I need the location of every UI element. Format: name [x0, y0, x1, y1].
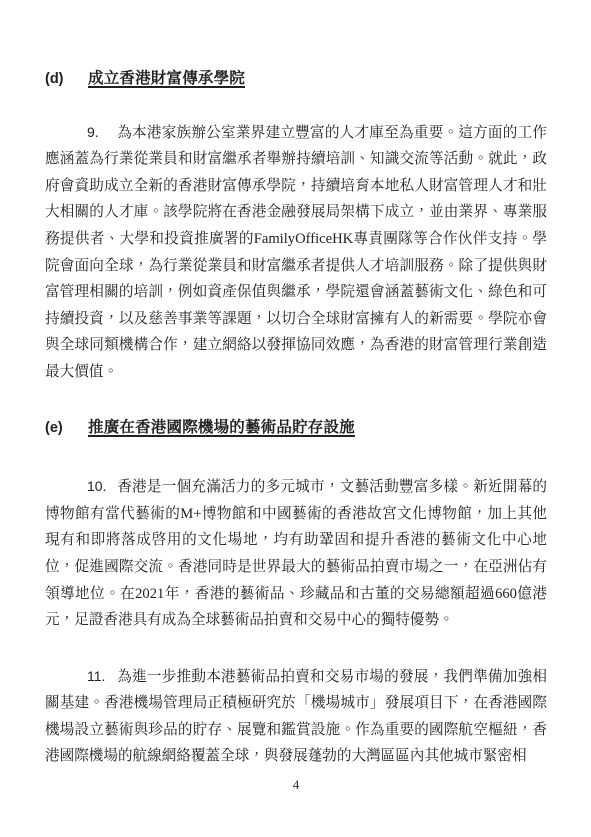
paragraph-9-text: 為本港家族辦公室業界建立豐富的人才庫至為重要。這方面的工作應涵蓋為行業從業員和財…: [45, 125, 547, 380]
section-label-e: (e): [45, 415, 88, 442]
section-title-e: 推廣在香港國際機場的藝術品貯存設施: [88, 415, 355, 442]
paragraph-10: 10.香港是一個充滿活力的多元城市，文藝活動豐富多樣。新近開幕的博物館有當代藝術…: [45, 473, 547, 634]
paragraph-11-text: 為進一步推動本港藝術品拍賣和交易市場的發展，我們準備加強相關基建。香港機場管理局…: [45, 669, 547, 765]
section-heading-d: (d) 成立香港財富傳承學院: [45, 66, 547, 93]
document-page: (d) 成立香港財富傳承學院 9.為本港家族辦公室業界建立豐富的人才庫至為重要。…: [0, 0, 591, 837]
section-label-d: (d): [45, 66, 88, 93]
section-heading-e: (e) 推廣在香港國際機場的藝術品貯存設施: [45, 415, 547, 442]
paragraph-11-number: 11.: [87, 663, 117, 690]
paragraph-9-number: 9.: [87, 119, 117, 146]
paragraph-10-number: 10.: [87, 473, 117, 500]
section-title-d: 成立香港財富傳承學院: [88, 66, 245, 93]
paragraph-10-text: 香港是一個充滿活力的多元城市，文藝活動豐富多樣。新近開幕的博物館有當代藝術的M+…: [45, 479, 547, 628]
page-number: 4: [45, 776, 547, 794]
paragraph-11: 11.為進一步推動本港藝術品拍賣和交易市場的發展，我們準備加強相關基建。香港機場…: [45, 663, 547, 770]
paragraph-9: 9.為本港家族辦公室業界建立豐富的人才庫至為重要。這方面的工作應涵蓋為行業從業員…: [45, 119, 547, 386]
